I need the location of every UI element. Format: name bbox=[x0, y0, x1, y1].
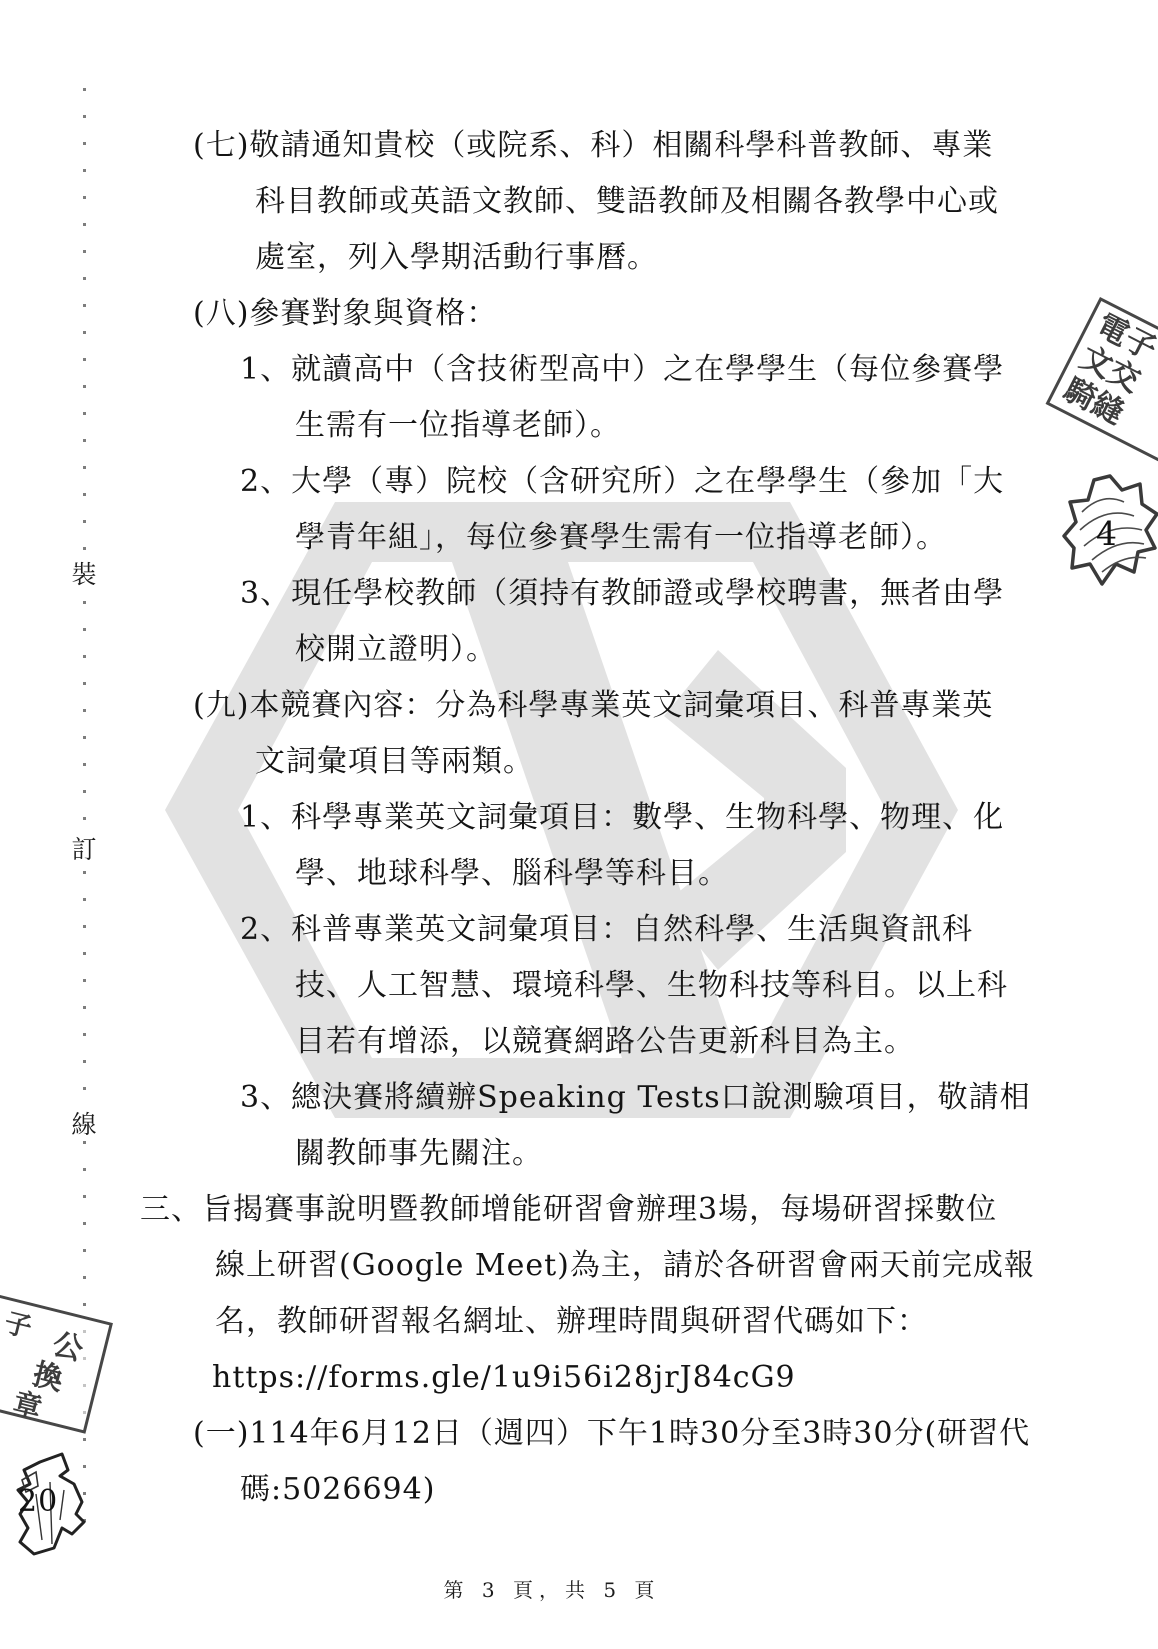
doc-line: 1、科學專業英文詞彙項目：數學、生物科學、物理、化 bbox=[0, 790, 1158, 846]
doc-line: 生需有一位指導老師）。 bbox=[0, 398, 1158, 454]
doc-line: 學、地球科學、腦科學等科目。 bbox=[0, 846, 1158, 902]
doc-line: (一)114年6月12日（週四）下午1時30分至3時30分(研習代 bbox=[0, 1406, 1158, 1462]
stamp-char: 子 bbox=[1, 1301, 37, 1345]
doc-line: 名，教師研習報名網址、辦理時間與研習代碼如下： bbox=[0, 1294, 1158, 1350]
doc-line: (八)參賽對象與資格： bbox=[0, 286, 1158, 342]
doc-line: 三、旨揭賽事說明暨教師增能研習會辦理3場，每場研習採數位 bbox=[0, 1182, 1158, 1238]
doc-line: 2、科普專業英文詞彙項目：自然科學、生活與資訊科 bbox=[0, 902, 1158, 958]
scanned-document-page: 裝 訂 線 (七)敬請通知貴校（或院系、科）相關科學科普教師、專業 科目教師或英… bbox=[0, 0, 1158, 1649]
doc-line: 校開立證明）。 bbox=[0, 622, 1158, 678]
handwritten-page-number-4: 4 bbox=[1096, 514, 1117, 553]
stamp-char: 章 bbox=[9, 1381, 46, 1427]
doc-line: 碼:5026694) bbox=[0, 1462, 1158, 1518]
doc-line: 1、就讀高中（含技術型高中）之在學學生（每位參賽學 bbox=[0, 342, 1158, 398]
footer-page-indicator: 第 3 頁，共 5 頁 bbox=[0, 1574, 1104, 1603]
doc-line: 學青年組」，每位參賽學生需有一位指導老師）。 bbox=[0, 510, 1158, 566]
registration-url-text: https://forms.gle/1u9i56i28jrJ84cG9 bbox=[0, 1350, 1158, 1406]
handwritten-number-20: 20 bbox=[18, 1484, 58, 1519]
doc-line: 目若有增添，以競賽網路公告更新科目為主。 bbox=[0, 1014, 1158, 1070]
doc-line: 文詞彙項目等兩類。 bbox=[0, 734, 1158, 790]
doc-line: 科目教師或英語文教師、雙語教師及相關各教學中心或 bbox=[0, 174, 1158, 230]
doc-line: 3、總決賽將續辦Speaking Tests口說測驗項目，敬請相 bbox=[0, 1070, 1158, 1126]
document-body: (七)敬請通知貴校（或院系、科）相關科學科普教師、專業 科目教師或英語文教師、雙… bbox=[0, 118, 1158, 1518]
doc-line: 技、人工智慧、環境科學、生物科技等科目。以上科 bbox=[0, 958, 1158, 1014]
doc-line: 關教師事先關注。 bbox=[0, 1126, 1158, 1182]
doc-line: 2、大學（專）院校（含研究所）之在學學生（參加「大 bbox=[0, 454, 1158, 510]
doc-line: 3、現任學校教師（須持有教師證或學校聘書，無者由學 bbox=[0, 566, 1158, 622]
doc-line: 處室，列入學期活動行事曆。 bbox=[0, 230, 1158, 286]
doc-line: (七)敬請通知貴校（或院系、科）相關科學科普教師、專業 bbox=[0, 118, 1158, 174]
doc-line: (九)本競賽內容：分為科學專業英文詞彙項目、科普專業英 bbox=[0, 678, 1158, 734]
doc-line: 線上研習(Google Meet)為主，請於各研習會兩天前完成報 bbox=[0, 1238, 1158, 1294]
